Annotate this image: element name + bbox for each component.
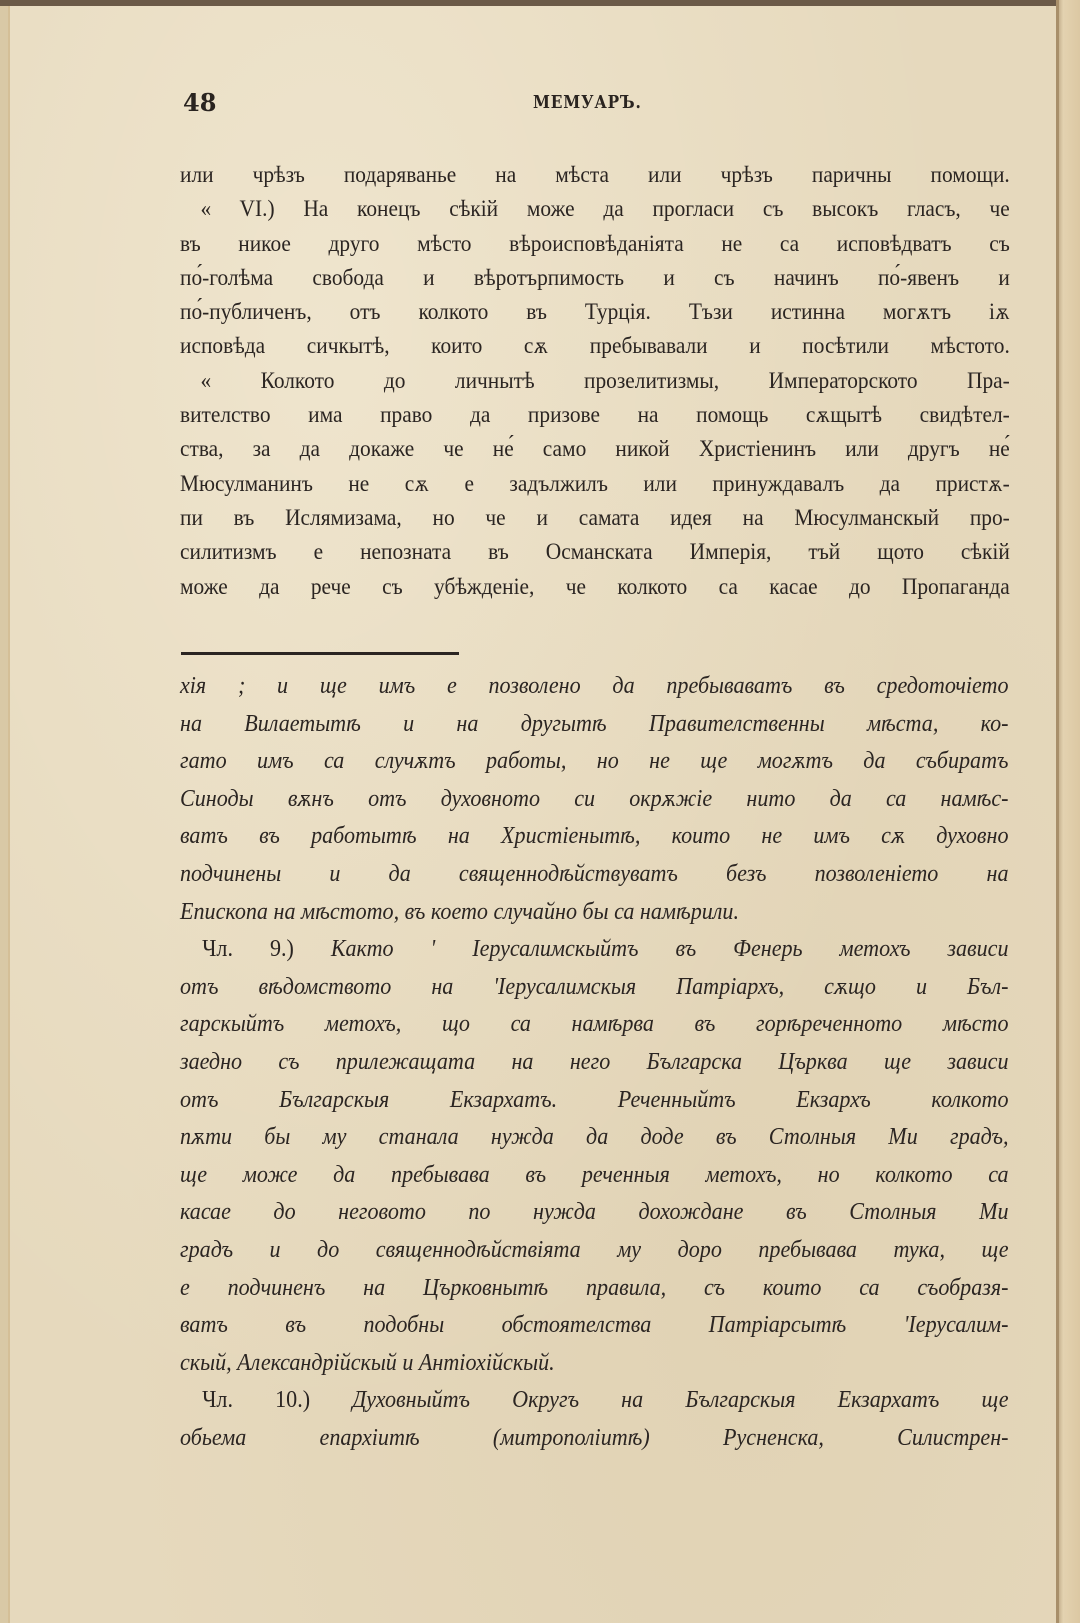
text-line: гато имъ са случѫтъ работы, но не ще мог… [180,743,1009,781]
text-line: на Вилаетытѣ и на другытѣ Правителственн… [180,706,1009,744]
text-line: ватъ въ подобны обстоятелства Патріарсыт… [180,1307,1009,1345]
text-line: пи въ Ислямизама, но че и самата идея на… [180,501,1010,535]
text-line: Епископа на мѣстото, въ което случайно б… [180,894,1009,932]
text-line: е подчиненъ на Църковнытѣ правила, съ ко… [180,1270,1009,1308]
text-line: Мюсулманинъ не сѫ е задължилъ или принуж… [180,467,1010,501]
text-line: заедно съ прилежащата на него Българска … [180,1044,1009,1082]
text-line: обьема епархіитѣ (митрополіитѣ) Русненск… [180,1420,1009,1458]
book-right-edge [1056,0,1080,1623]
article-text: Както ' Іерусалимскыйтъ въ Фенерь метохъ… [331,936,1009,962]
text-line: отъ Българскыя Екзархатъ. Реченныйтъ Екз… [180,1082,1009,1120]
text-line: градъ и до священнодѣйствіята му доро пр… [180,1232,1009,1270]
page-number: 48 [183,88,216,117]
text-line: пѫти бы му станала нужда да доде въ Стол… [180,1119,1009,1157]
page-gutter-line [1056,0,1059,1623]
text-line: по́-публиченъ, отъ колкото въ Турція. Тъ… [180,295,1010,329]
article-10-line: Чл. 10.) Духовныйтъ Округъ на Българскыя… [180,1382,1009,1420]
text-line: може да рече съ убѣжденіе, че колкото са… [180,570,1010,604]
article-label: Чл. 9.) [202,936,294,962]
main-text-block: или чрѣзъ подаряванье на мѣста или чрѣзъ… [180,158,1010,604]
text-line: или чрѣзъ подаряванье на мѣста или чрѣзъ… [180,158,1010,192]
footnote-separator-rule [181,652,459,655]
text-line: касае до неговото по нужда дохождане въ … [180,1194,1009,1232]
text-line: ватъ въ работытѣ на Христіенытѣ, които н… [180,818,1009,856]
text-line: исповѣда сичкытѣ, които сѫ пребывавали и… [180,329,1010,363]
text-line: подчинены и да священнодѣйствуватъ безъ … [180,856,1009,894]
article-text: Духовныйтъ Округъ на Българскыя Екзархат… [352,1387,1008,1413]
text-line: « Колкото до личнытѣ прозелитизмы, Импер… [180,364,1010,398]
article-label: Чл. 10.) [202,1387,310,1413]
text-line: вителство има право да призове на помощь… [180,398,1010,432]
italic-text-block: хія ; и ще имъ е позволено да пребывават… [180,668,1010,1457]
article-9-line: Чл. 9.) Както ' Іерусалимскыйтъ въ Фенер… [180,931,1009,969]
text-line: хія ; и ще имъ е позволено да пребывават… [180,668,1009,706]
text-line: по́-голѣма свобода и вѣротърпимость и съ… [180,261,1010,295]
text-line: Синоды вѫнъ отъ духовното си окрѫжіе нит… [180,781,1009,819]
running-title: МЕМУАРЪ. [533,92,642,113]
text-line: скый, Александрійскый и Антіохійскый. [180,1345,1009,1383]
text-line: ще може да пребывава въ реченныя метохъ,… [180,1157,1009,1195]
text-line: отъ вѣдомството на 'Іерусалимскыя Патріа… [180,969,1009,1007]
text-line: гарскыйтъ метохъ, що са намѣрва въ горѣр… [180,1006,1009,1044]
page-header: 48 МЕМУАРЪ. [183,88,1011,128]
text-line: ства, за да докаже че не́ само никой Хри… [180,432,1010,466]
text-line: силитизмъ е непозната въ Османската Импе… [180,535,1010,569]
text-line: « VI.) На конецъ сѣкій може да прогласи … [180,192,1010,226]
text-line: въ никое друго мѣсто вѣроисповѣданіята н… [180,227,1010,261]
